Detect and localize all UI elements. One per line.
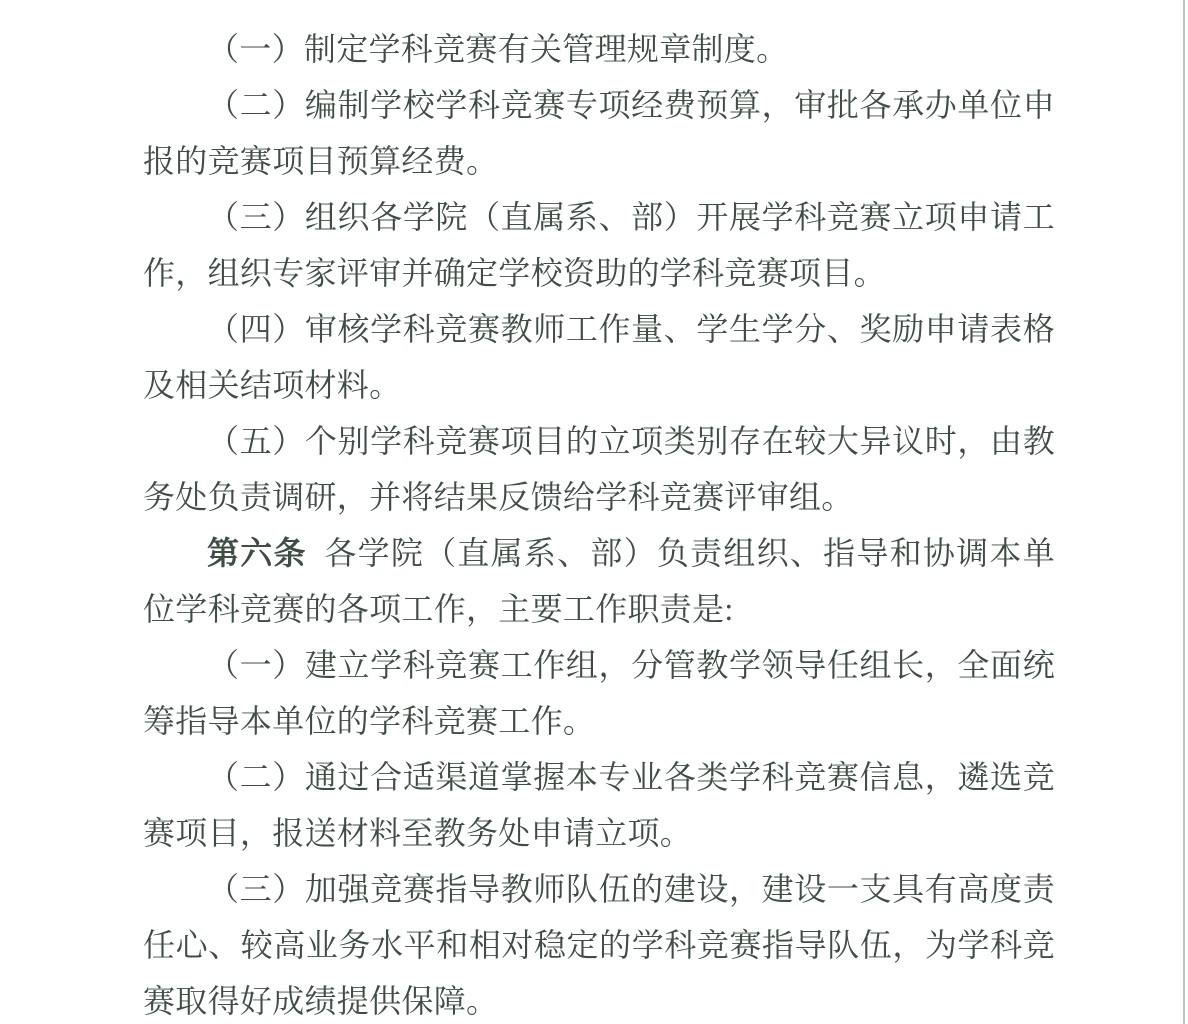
paragraph-item-5: （五）个别学科竞赛项目的立项类别存在较大异议时，由教务处负责调研，并将结果反馈给… (143, 413, 1055, 525)
paragraph-item-1: （一）制定学科竞赛有关管理规章制度。 (143, 21, 1055, 77)
paragraph-text: （五）个别学科竞赛项目的立项类别存在较大异议时，由教务处负责调研，并将结果反馈给… (143, 423, 1055, 515)
scan-edge-line (1183, 0, 1185, 1024)
paragraph-item-9: （三）加强竞赛指导教师队伍的建设，建设一支具有高度责任心、较高业务水平和相对稳定… (143, 861, 1055, 1024)
paragraph-item-3: （三）组织各学院（直属系、部）开展学科竞赛立项申请工作，组织专家评审并确定学校资… (143, 189, 1055, 301)
paragraph-item-4: （四）审核学科竞赛教师工作量、学生学分、奖励申请表格及相关结项材料。 (143, 301, 1055, 413)
clause-number-article-6: 第六条 (207, 535, 307, 571)
paragraph-text: （二）通过合适渠道掌握本专业各类学科竞赛信息，遴选竞赛项目，报送材料至教务处申请… (143, 759, 1055, 851)
paragraph-item-6-article-6: 第六条各学院（直属系、部）负责组织、指导和协调本单位学科竞赛的各项工作，主要工作… (143, 525, 1055, 637)
paragraph-text: （三）组织各学院（直属系、部）开展学科竞赛立项申请工作，组织专家评审并确定学校资… (143, 199, 1055, 291)
paragraph-text: （一）制定学科竞赛有关管理规章制度。 (207, 31, 788, 67)
paragraph-text: （二）编制学校学科竞赛专项经费预算，审批各承办单位申报的竞赛项目预算经费。 (143, 87, 1055, 179)
document-page: （一）制定学科竞赛有关管理规章制度。 （二）编制学校学科竞赛专项经费预算，审批各… (0, 0, 1188, 1024)
paragraph-item-8: （二）通过合适渠道掌握本专业各类学科竞赛信息，遴选竞赛项目，报送材料至教务处申请… (143, 749, 1055, 861)
document-text-block: （一）制定学科竞赛有关管理规章制度。 （二）编制学校学科竞赛专项经费预算，审批各… (143, 21, 1055, 1024)
paragraph-text: （四）审核学科竞赛教师工作量、学生学分、奖励申请表格及相关结项材料。 (143, 311, 1055, 403)
paragraph-item-7: （一）建立学科竞赛工作组，分管教学领导任组长，全面统筹指导本单位的学科竞赛工作。 (143, 637, 1055, 749)
paragraph-text: （一）建立学科竞赛工作组，分管教学领导任组长，全面统筹指导本单位的学科竞赛工作。 (143, 647, 1055, 739)
paragraph-item-2: （二）编制学校学科竞赛专项经费预算，审批各承办单位申报的竞赛项目预算经费。 (143, 77, 1055, 189)
paragraph-text: （三）加强竞赛指导教师队伍的建设，建设一支具有高度责任心、较高业务水平和相对稳定… (143, 871, 1055, 1019)
